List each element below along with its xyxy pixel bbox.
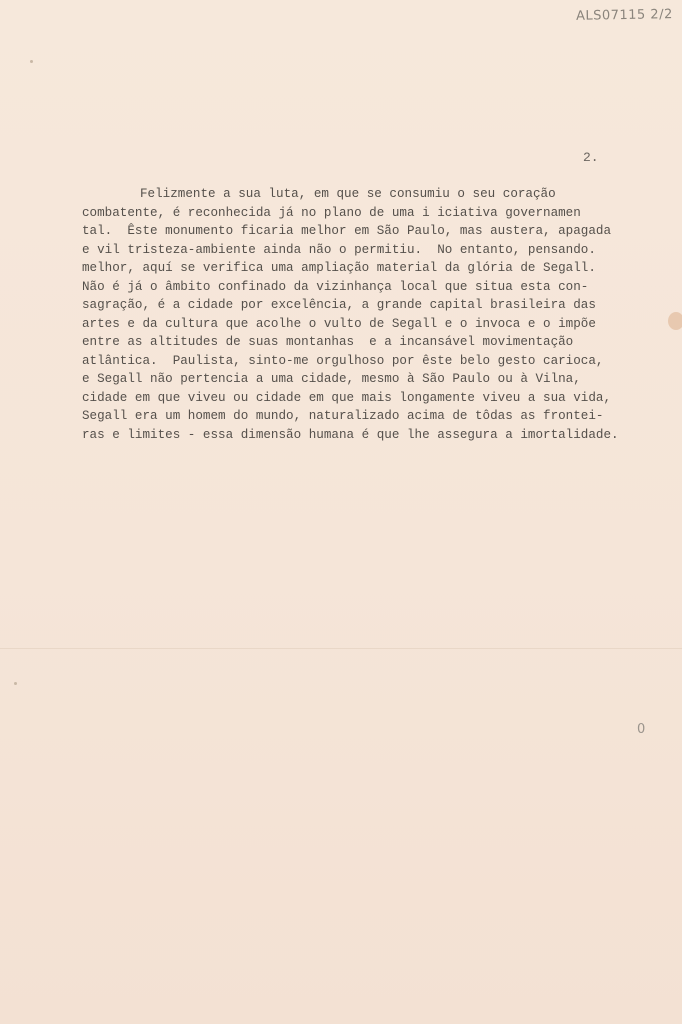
text-line: combatente, é reconhecida já no plano de… bbox=[82, 204, 672, 223]
document-page: ALS07115 2/2 2. Felizmente a sua luta, e… bbox=[0, 0, 682, 1024]
pencil-margin-mark: 0 bbox=[637, 722, 645, 737]
text-line: cidade em que viveu ou cidade em que mai… bbox=[82, 389, 672, 408]
text-line: Segall era um homem do mundo, naturaliza… bbox=[82, 407, 672, 426]
text-line: melhor, aquí se verifica uma ampliação m… bbox=[82, 259, 672, 278]
text-line: atlântica. Paulista, sinto-me orgulhoso … bbox=[82, 352, 672, 371]
paper-stain bbox=[668, 312, 682, 330]
text-line: entre as altitudes de suas montanhas e a… bbox=[82, 333, 672, 352]
text-line: tal. Êste monumento ficaria melhor em Sã… bbox=[82, 222, 672, 241]
typewritten-paragraph: Felizmente a sua luta, em que se consumi… bbox=[82, 185, 672, 444]
text-line: Felizmente a sua luta, em que se consumi… bbox=[82, 185, 672, 204]
paper-stain bbox=[30, 60, 33, 63]
text-line: e vil tristeza-ambiente ainda não o perm… bbox=[82, 241, 672, 260]
text-line: artes e da cultura que acolhe o vulto de… bbox=[82, 315, 672, 334]
page-number: 2. bbox=[583, 150, 599, 165]
text-line: Não é já o âmbito confinado da vizinhanç… bbox=[82, 278, 672, 297]
page-fold-line bbox=[0, 648, 682, 649]
text-line: e Segall não pertencia a uma cidade, mes… bbox=[82, 370, 672, 389]
text-line: ras e limites - essa dimensão humana é q… bbox=[82, 426, 672, 445]
archive-code: ALS07115 2/2 bbox=[576, 7, 673, 24]
text-line: sagração, é a cidade por excelência, a g… bbox=[82, 296, 672, 315]
paper-stain bbox=[14, 682, 17, 685]
